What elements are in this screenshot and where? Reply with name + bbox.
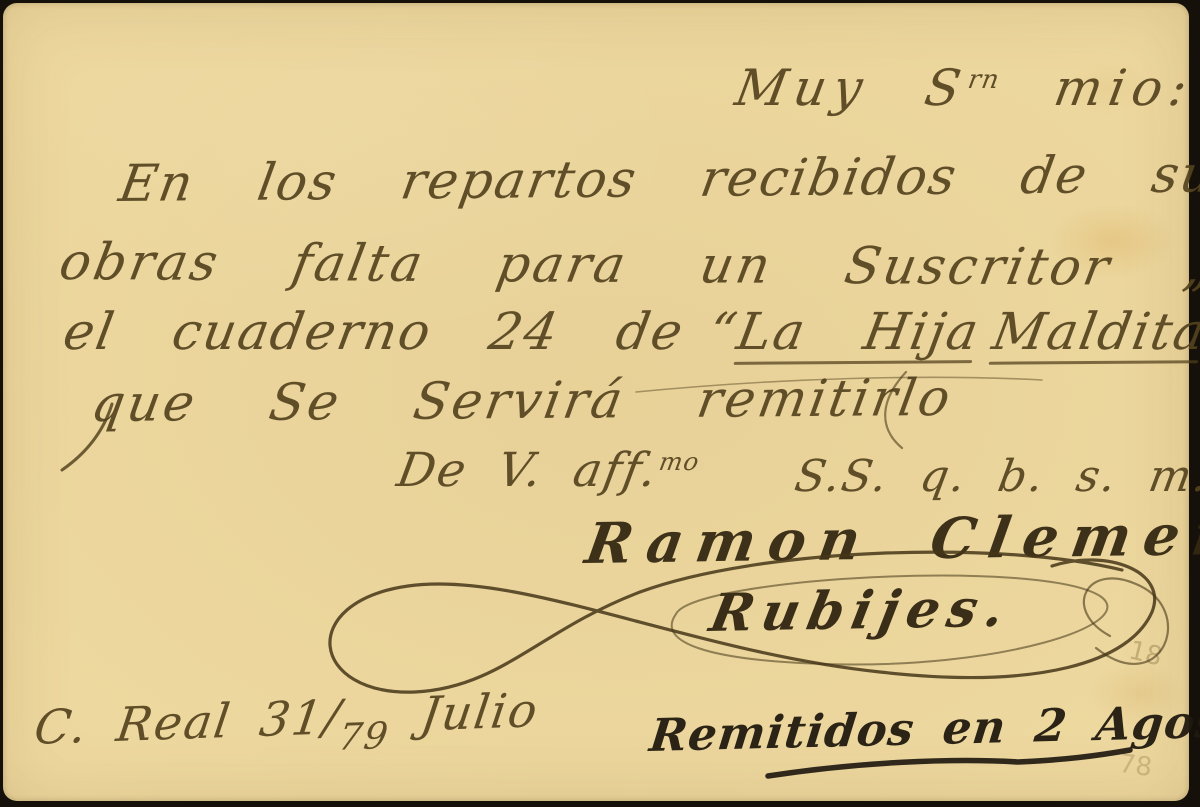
body-line-3-prefix: el cuaderno 24 de [59,303,689,362]
date-month: Julio [388,683,542,743]
body-line-1: En los repartos recibidos de sus [115,145,1200,214]
book-title-part1: La Hija [733,303,985,362]
signature-rubric: Rubijes. [705,578,1017,644]
body-line-4: que Se Servirá remitirlo [87,369,957,434]
body-line-2: obras falta para un Suscritor „ [55,233,1200,298]
salutation-line: Muy Srn mio: [731,59,1198,117]
date-year: 79 [336,714,393,759]
date-line: C. Real 31/79 Julio [29,683,542,769]
scanned-postcard-page: { "colors": { "paper": "#eed9a0", "scan_… [0,0,1200,807]
received-note: Remitidos en 2 Agosto. [647,693,1200,762]
date-place-day: C. Real 31 [31,691,328,756]
signature-name: Ramon Clemente [581,500,1200,577]
closing-left-superscript: mo [657,447,702,476]
salutation-suffix: mio: [993,59,1198,117]
closing-left-text: De V. aff. [393,443,663,498]
pencil-mark: 78 [1117,749,1154,783]
postcard-paper: Muy Srn mio: En los repartos recibidos d… [3,3,1189,801]
closing-left: De V. aff.mo [393,443,703,498]
book-title-part2: Maldita [988,303,1200,362]
salutation-text: Muy S [731,59,972,117]
body-line-3: el cuaderno 24 de“La HijaMaldita” [59,303,1200,362]
pencil-mark: 18 [1126,635,1165,672]
closing-right: S.S. q. b. s. m. [791,451,1200,502]
